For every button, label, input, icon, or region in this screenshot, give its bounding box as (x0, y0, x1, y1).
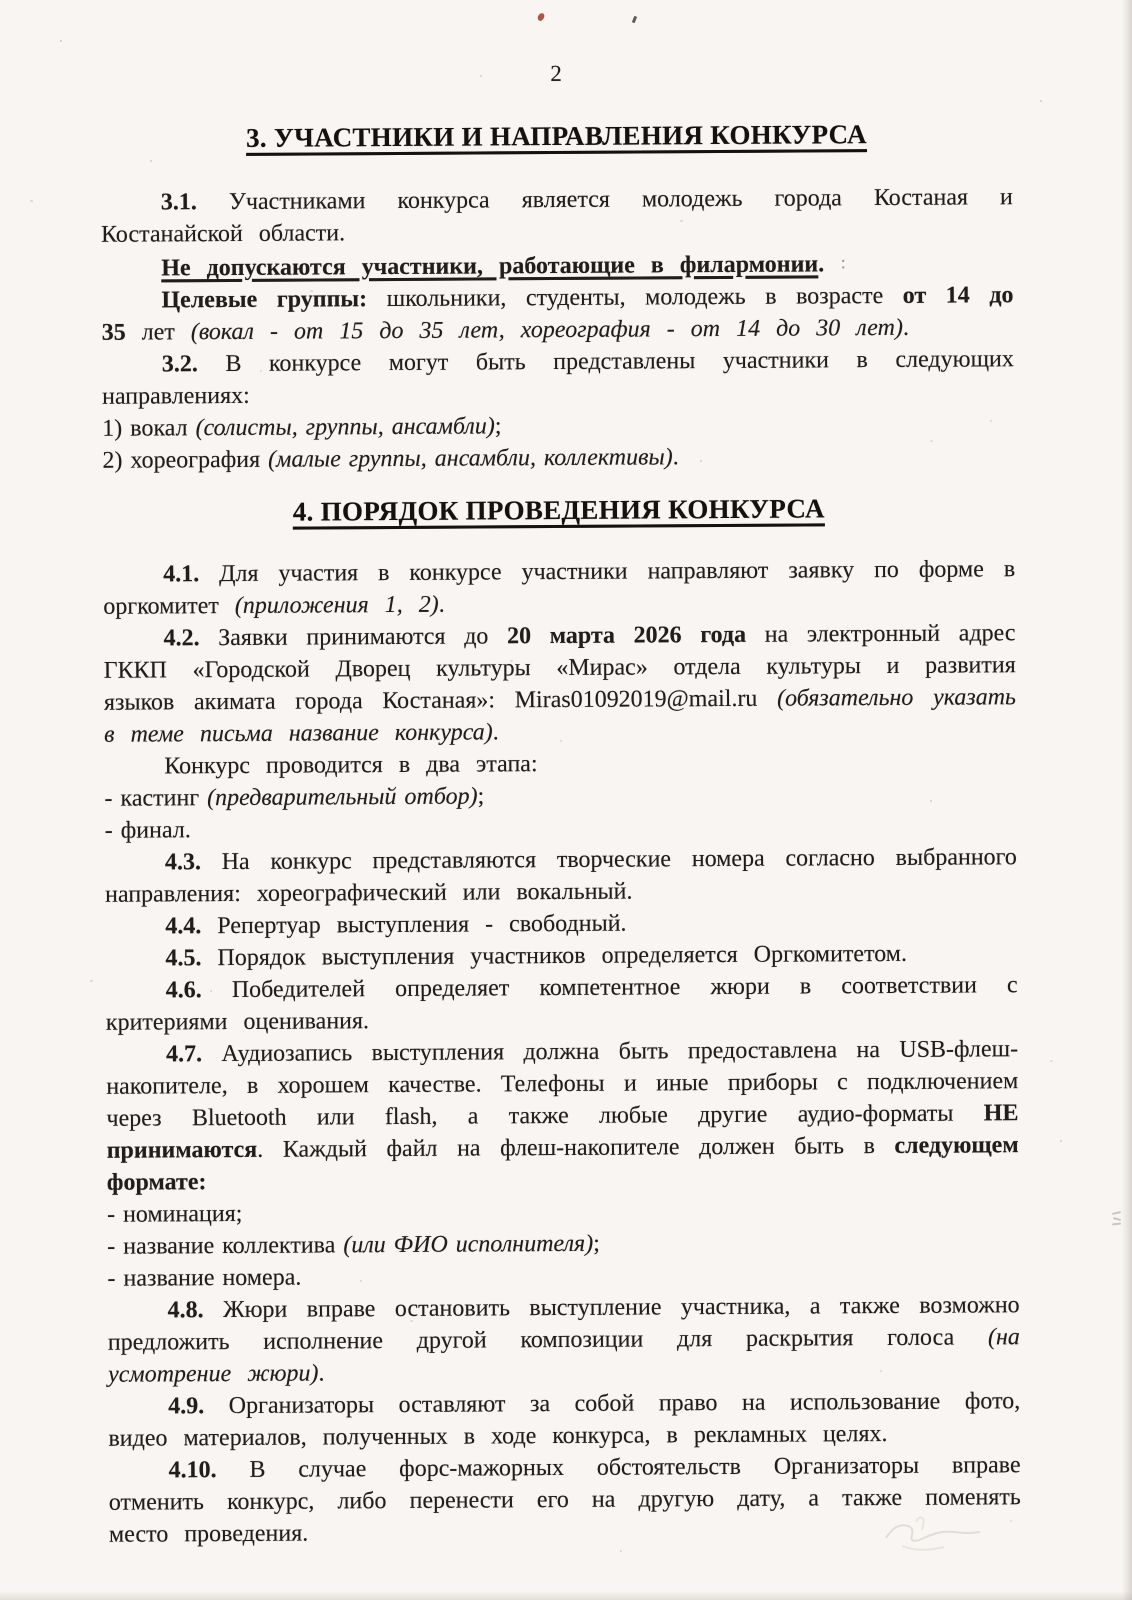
page-number: 2 (100, 55, 1012, 93)
text-segment: школьники, студенты, молодежь в возрасте (367, 283, 903, 312)
text-segment: 4.1. (163, 561, 199, 587)
text-segment: Организаторы оставляют за собой право на… (108, 1388, 1020, 1452)
paragraph-4-3: 4.3. На конкурс представляются творчески… (105, 841, 1017, 911)
text-segment: 4.3. (165, 849, 201, 875)
paragraph-target-groups: Целевые группы: школьники, студенты, мол… (101, 279, 1013, 349)
text-segment: (или ФИО исполнителя) (343, 1231, 593, 1259)
text-segment: Аудиозапись выступления должна быть пред… (106, 1036, 1018, 1132)
paragraph-3-2: 3.2. В конкурсе могут быть представлены … (102, 343, 1014, 413)
text-segment: 20 марта 2026 года (507, 622, 746, 649)
text-segment: 4.6. (166, 977, 202, 1003)
pencil-scribble (872, 1508, 1012, 1560)
section-4-heading: 4. ПОРЯДОК ПРОВЕДЕНИЯ КОНКУРСА (103, 487, 1015, 533)
text-segment: . (493, 719, 499, 745)
text-segment: Участниками конкурса является молодежь г… (101, 184, 1013, 248)
text-segment: ; (495, 413, 502, 439)
text-segment: . (673, 444, 679, 470)
scan-edge-shadow (0, 1591, 1132, 1600)
text-segment: 4.5. (165, 945, 201, 971)
text-segment: Репертуар выступления - свободный. (201, 911, 626, 940)
text-segment: 4.4. (165, 913, 201, 939)
text-segment: - номинация; (107, 1201, 242, 1228)
text-segment: - название коллектива (107, 1232, 343, 1259)
text-segment: В конкурсе могут быть представлены участ… (102, 346, 1014, 410)
text-segment: Целевые группы: (161, 286, 367, 313)
document-body: 3. УЧАСТНИКИ И НАПРАВЛЕНИЯ КОНКУРСА3.1. … (100, 113, 1021, 1551)
text-segment: 4.9. (168, 1393, 204, 1419)
text-segment: 4.8. (168, 1297, 204, 1323)
text-segment: Заявки принимаются до (199, 623, 507, 651)
text-segment: 2) хореография (102, 447, 268, 474)
text-segment: . (903, 315, 909, 341)
document-page: 2 3. УЧАСТНИКИ И НАПРАВЛЕНИЯ КОНКУРСА3.1… (0, 0, 1132, 1600)
text-segment: - название номера. (107, 1265, 301, 1292)
text-segment: - кастинг (104, 785, 207, 812)
text-segment: : (824, 252, 848, 272)
text-segment: . Каждый файл на флеш-накопителе должен … (257, 1133, 894, 1163)
text-segment: - финал. (105, 817, 191, 844)
text-segment: . (439, 592, 445, 618)
document-content: 2 3. УЧАСТНИКИ И НАПРАВЛЕНИЯ КОНКУРСА3.1… (100, 55, 1021, 1551)
text-segment: (малые группы, ансамбли, коллективы) (268, 444, 673, 472)
paragraph-4-7: 4.7. Аудиозапись выступления должна быть… (106, 1033, 1019, 1199)
text-segment: ; (478, 783, 485, 809)
list-item-choreography: 2) хореография (малые группы, ансамбли, … (102, 439, 1014, 477)
pen-tick-mark (632, 16, 637, 24)
text-segment: Не допускаются участники, работающие в ф… (161, 251, 818, 281)
text-segment: Жюри вправе остановить выступление участ… (108, 1292, 1020, 1356)
text-segment: 1) вокал (102, 415, 195, 442)
paragraph-4-9: 4.9. Организаторы оставляют за собой пра… (108, 1385, 1020, 1455)
paragraph-4-2: 4.2. Заявки принимаются до 20 марта 2026… (103, 617, 1016, 751)
paragraph-4-6: 4.6. Победителей определяет компетентное… (106, 969, 1018, 1039)
text-segment: Порядок выступления участников определяе… (201, 941, 907, 971)
paragraph-4-1: 4.1. Для участия в конкурсе участники на… (103, 553, 1015, 623)
paper-speckles (60, 40, 62, 42)
text-segment: 3.1. (161, 189, 197, 215)
text-segment: (вокал - от 15 до 35 лет, хореография - … (191, 315, 903, 345)
text-segment: 4.7. (166, 1041, 202, 1067)
text-segment: На конкурс представляются творческие ном… (105, 844, 1017, 908)
scan-edge-shadow (1122, 0, 1132, 1600)
paragraph-no-philharmonic: Не допускаются участники, работающие в ф… (101, 245, 1013, 285)
paragraph-4-8: 4.8. Жюри вправе остановить выступление … (108, 1289, 1021, 1391)
text-segment: 4.2. (163, 625, 199, 651)
text-segment: (приложения 1, 2) (235, 592, 439, 619)
text-segment: ; (593, 1231, 600, 1257)
text-segment: . (318, 1360, 324, 1386)
text-segment: Победителей определяет компетентное жюри… (106, 972, 1018, 1036)
paragraph-3-1: 3.1. Участниками конкурса является молод… (101, 181, 1013, 251)
paper-speckles (30, 200, 33, 202)
text-segment: лет (126, 319, 191, 345)
text-segment: 3.2. (162, 351, 198, 377)
section-3-heading: 3. УЧАСТНИКИ И НАПРАВЛЕНИЯ КОНКУРСА (100, 113, 1012, 159)
red-ink-speck (537, 12, 545, 21)
text-segment: Конкурс проводится в два этапа: (164, 751, 537, 779)
text-segment: 4.10. (169, 1457, 217, 1483)
text-segment: (предварительный отбор) (207, 783, 478, 811)
text-segment: (солисты, группы, ансамбли) (195, 413, 494, 441)
